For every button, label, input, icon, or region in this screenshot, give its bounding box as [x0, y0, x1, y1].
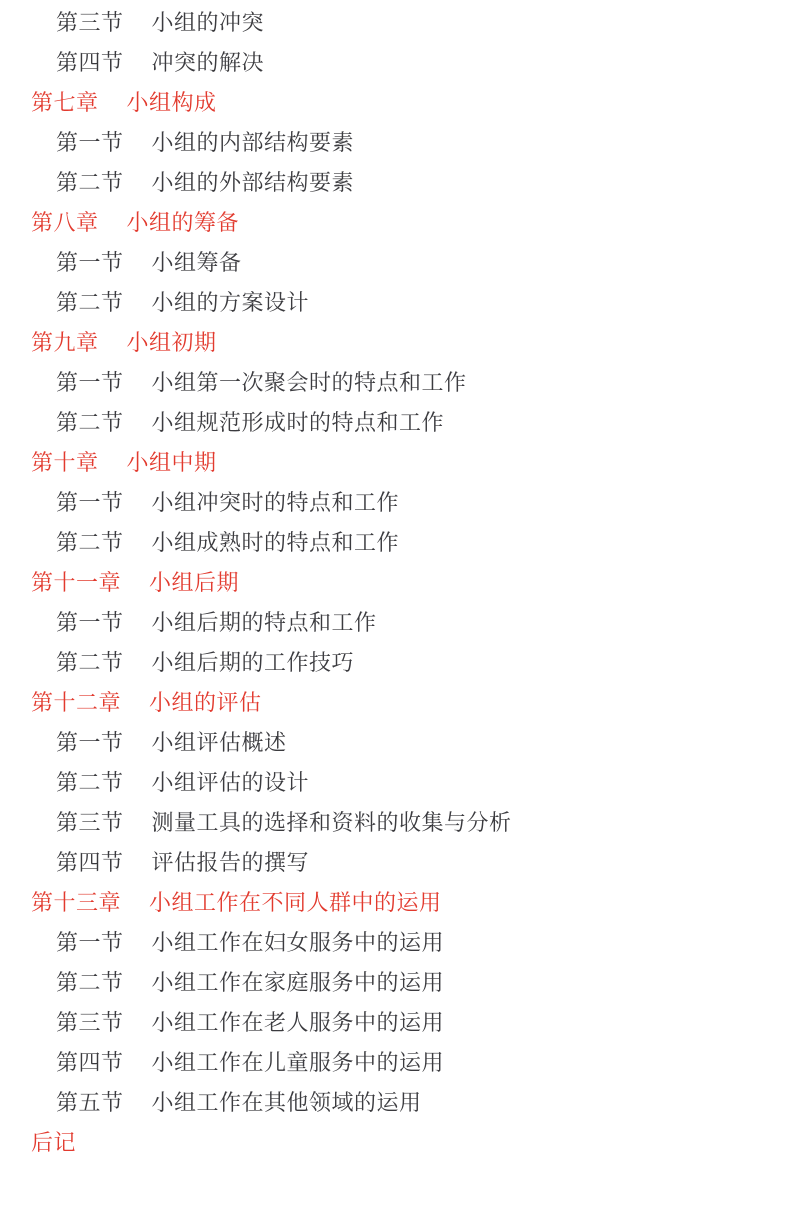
- toc-entry-title: 小组后期的特点和工作: [152, 610, 377, 635]
- toc-section-entry[interactable]: 第二节小组的方案设计: [0, 283, 790, 323]
- toc-entry-title: 小组初期: [127, 330, 217, 355]
- toc-entry-number: 第二节: [56, 410, 124, 435]
- toc-section-entry[interactable]: 第二节小组评估的设计: [0, 763, 790, 803]
- toc-chapter-entry[interactable]: 第十章小组中期: [0, 443, 790, 483]
- toc-section-entry[interactable]: 第四节小组工作在儿童服务中的运用: [0, 1043, 790, 1083]
- toc-chapter-entry[interactable]: 第十三章小组工作在不同人群中的运用: [0, 883, 790, 923]
- table-of-contents: 第三节小组的冲突 第四节冲突的解决 第七章小组构成 第一节小组的内部结构要素 第…: [0, 0, 790, 1163]
- toc-entry-title: 评估报告的撰写: [152, 850, 310, 875]
- toc-section-entry[interactable]: 第二节小组成熟时的特点和工作: [0, 523, 790, 563]
- toc-entry-title: 小组工作在妇女服务中的运用: [152, 930, 445, 955]
- toc-entry-number: 第一节: [56, 730, 124, 755]
- toc-entry-title: 小组工作在家庭服务中的运用: [152, 970, 445, 995]
- toc-entry-number: 第一节: [56, 610, 124, 635]
- toc-section-entry[interactable]: 第三节小组工作在老人服务中的运用: [0, 1003, 790, 1043]
- toc-entry-number: 第一节: [56, 370, 124, 395]
- toc-entry-number: 第一节: [56, 130, 124, 155]
- toc-entry-number: 第十一章: [31, 570, 121, 595]
- toc-section-entry[interactable]: 第四节评估报告的撰写: [0, 843, 790, 883]
- toc-chapter-entry[interactable]: 第九章小组初期: [0, 323, 790, 363]
- toc-section-entry[interactable]: 第一节小组工作在妇女服务中的运用: [0, 923, 790, 963]
- toc-chapter-entry[interactable]: 第七章小组构成: [0, 83, 790, 123]
- toc-section-entry[interactable]: 第二节小组的外部结构要素: [0, 163, 790, 203]
- toc-section-entry[interactable]: 第五节小组工作在其他领域的运用: [0, 1083, 790, 1123]
- toc-chapter-entry[interactable]: 第十二章小组的评估: [0, 683, 790, 723]
- toc-section-entry[interactable]: 第一节小组后期的特点和工作: [0, 603, 790, 643]
- toc-entry-title: 冲突的解决: [152, 50, 265, 75]
- toc-entry-number: 第一节: [56, 250, 124, 275]
- toc-entry-number: 第四节: [56, 1050, 124, 1075]
- toc-entry-number: 第一节: [56, 930, 124, 955]
- toc-entry-number: 第四节: [56, 850, 124, 875]
- toc-entry-title: 小组的内部结构要素: [152, 130, 355, 155]
- toc-entry-number: 第三节: [56, 10, 124, 35]
- toc-section-entry[interactable]: 第二节小组规范形成时的特点和工作: [0, 403, 790, 443]
- toc-entry-title: 小组工作在老人服务中的运用: [152, 1010, 445, 1035]
- toc-entry-number: 第十三章: [31, 890, 121, 915]
- toc-entry-title: 小组构成: [127, 90, 217, 115]
- toc-entry-number: 第三节: [56, 1010, 124, 1035]
- toc-section-entry[interactable]: 第一节小组冲突时的特点和工作: [0, 483, 790, 523]
- toc-entry-title: 小组工作在不同人群中的运用: [149, 890, 442, 915]
- toc-entry-number: 第四节: [56, 50, 124, 75]
- toc-entry-number: 第九章: [31, 330, 99, 355]
- toc-section-entry[interactable]: 第三节小组的冲突: [0, 3, 790, 43]
- toc-entry-title: 小组后期: [149, 570, 239, 595]
- toc-entry-title: 小组筹备: [152, 250, 242, 275]
- toc-entry-title: 小组冲突时的特点和工作: [152, 490, 400, 515]
- toc-entry-number: 第一节: [56, 490, 124, 515]
- toc-section-entry[interactable]: 第一节小组筹备: [0, 243, 790, 283]
- toc-entry-title: 小组的方案设计: [152, 290, 310, 315]
- toc-entry-title: 小组规范形成时的特点和工作: [152, 410, 445, 435]
- toc-entry-number: 后记: [31, 1130, 76, 1155]
- toc-chapter-entry[interactable]: 第八章小组的筹备: [0, 203, 790, 243]
- toc-entry-title: 小组工作在其他领域的运用: [152, 1090, 422, 1115]
- toc-entry-number: 第二节: [56, 290, 124, 315]
- toc-section-entry[interactable]: 第二节小组后期的工作技巧: [0, 643, 790, 683]
- toc-entry-title: 小组的筹备: [127, 210, 240, 235]
- toc-entry-title: 小组的外部结构要素: [152, 170, 355, 195]
- toc-entry-title: 小组第一次聚会时的特点和工作: [152, 370, 467, 395]
- toc-entry-number: 第七章: [31, 90, 99, 115]
- toc-entry-number: 第十二章: [31, 690, 121, 715]
- toc-section-entry[interactable]: 第三节测量工具的选择和资料的收集与分析: [0, 803, 790, 843]
- toc-entry-title: 小组工作在儿童服务中的运用: [152, 1050, 445, 1075]
- toc-entry-number: 第八章: [31, 210, 99, 235]
- toc-chapter-entry[interactable]: 第十一章小组后期: [0, 563, 790, 603]
- toc-entry-number: 第二节: [56, 970, 124, 995]
- toc-entry-title: 小组评估的设计: [152, 770, 310, 795]
- toc-entry-title: 小组后期的工作技巧: [152, 650, 355, 675]
- toc-entry-number: 第十章: [31, 450, 99, 475]
- toc-entry-number: 第五节: [56, 1090, 124, 1115]
- toc-entry-number: 第三节: [56, 810, 124, 835]
- toc-entry-title: 小组的评估: [149, 690, 262, 715]
- toc-entry-title: 小组中期: [127, 450, 217, 475]
- toc-entry-title: 小组评估概述: [152, 730, 287, 755]
- toc-entry-title: 测量工具的选择和资料的收集与分析: [152, 810, 512, 835]
- toc-entry-number: 第二节: [56, 170, 124, 195]
- toc-section-entry[interactable]: 第四节冲突的解决: [0, 43, 790, 83]
- toc-section-entry[interactable]: 第一节小组评估概述: [0, 723, 790, 763]
- toc-section-entry[interactable]: 第二节小组工作在家庭服务中的运用: [0, 963, 790, 1003]
- toc-entry-number: 第二节: [56, 650, 124, 675]
- toc-section-entry[interactable]: 第一节小组第一次聚会时的特点和工作: [0, 363, 790, 403]
- toc-entry-number: 第二节: [56, 770, 124, 795]
- toc-entry-title: 小组成熟时的特点和工作: [152, 530, 400, 555]
- toc-entry-number: 第二节: [56, 530, 124, 555]
- toc-backmatter-entry[interactable]: 后记: [0, 1123, 790, 1163]
- toc-entry-title: 小组的冲突: [152, 10, 265, 35]
- toc-section-entry[interactable]: 第一节小组的内部结构要素: [0, 123, 790, 163]
